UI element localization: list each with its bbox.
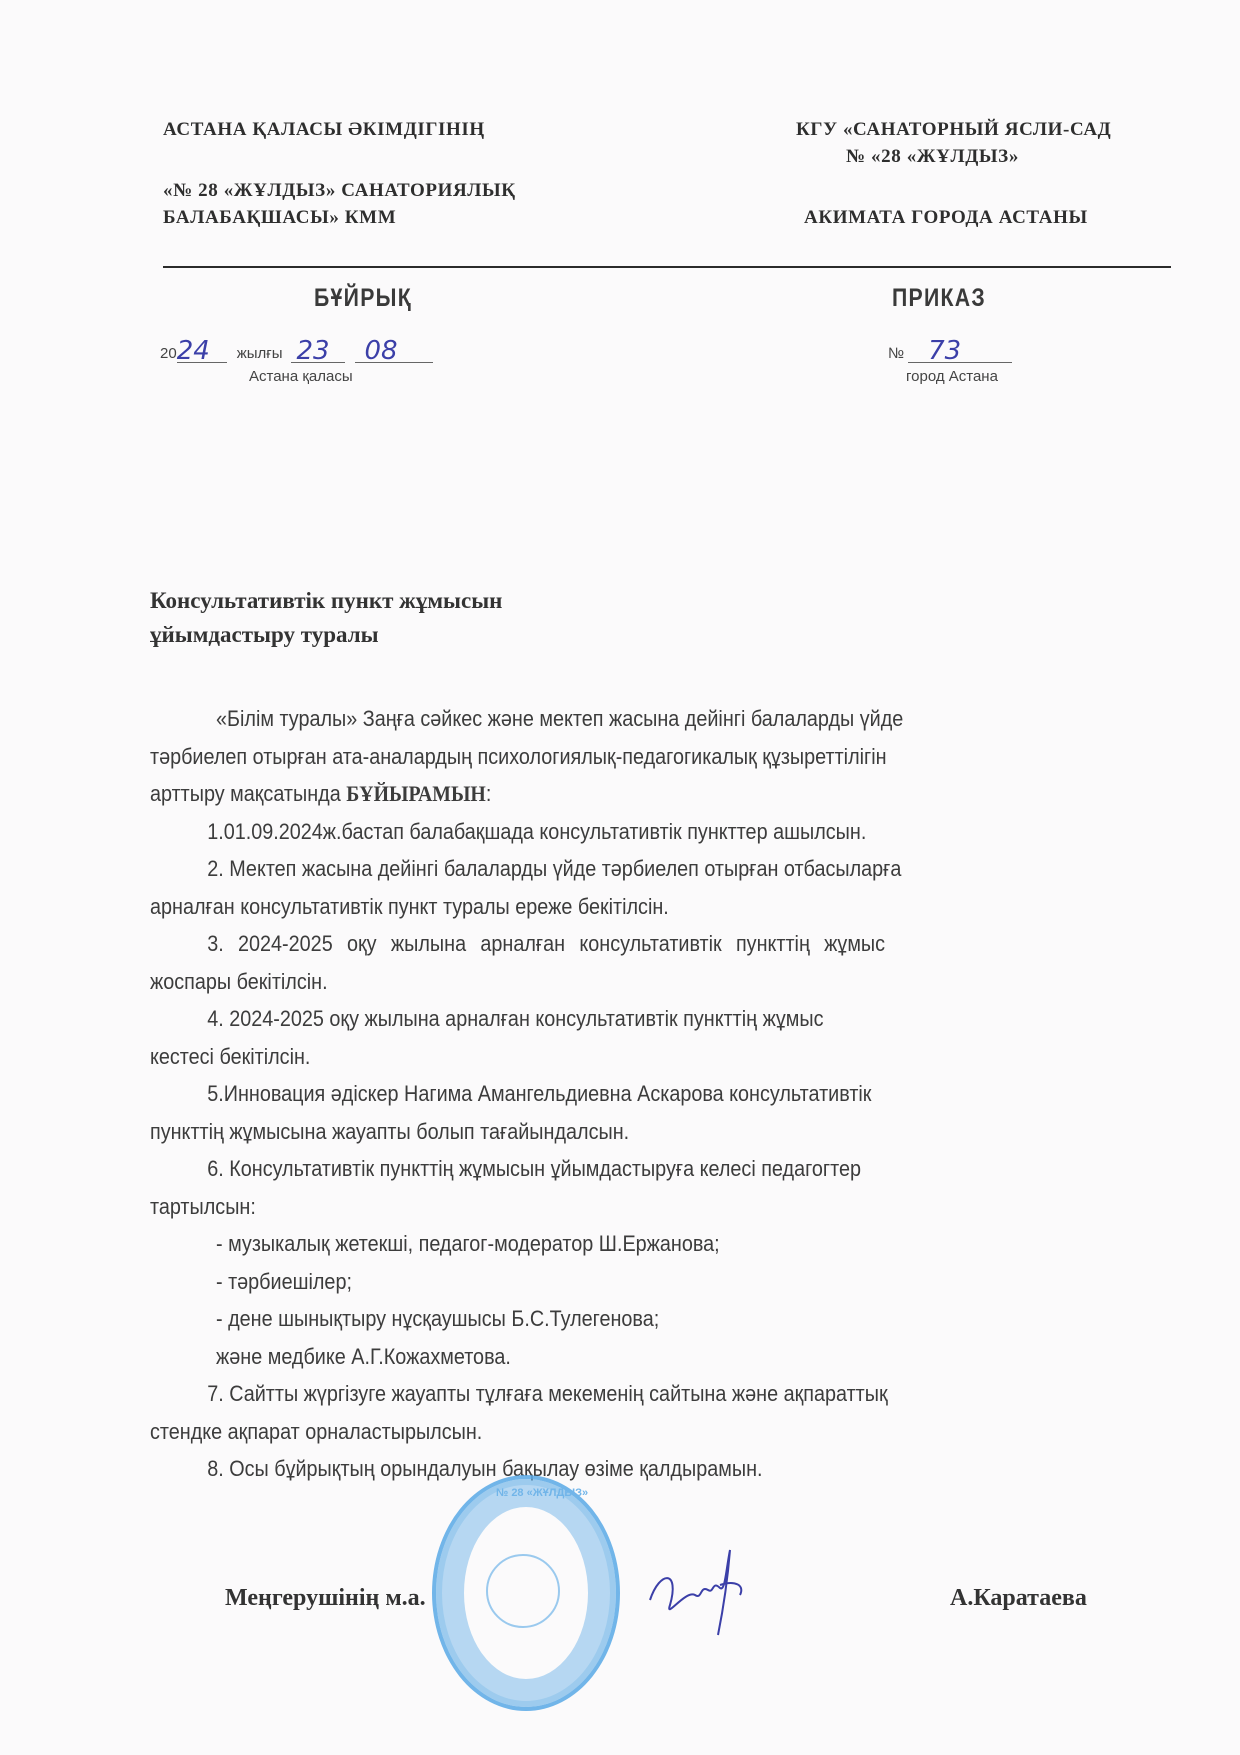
preamble-line3: арттыру мақсатында БҰЙЫРАМЫН: [150, 775, 1030, 813]
item-3: 3. 2024-2025 оқу жылына арналған консуль… [150, 925, 1030, 963]
number-label: № [888, 345, 904, 362]
header-left-line2: «№ 28 «ЖҰЛДЫЗ» САНАТОРИЯЛЫҚ [163, 179, 516, 203]
order-title-ru: ПРИКАЗ [892, 284, 986, 313]
item-7-cont: стендке ақпарат орналастырылсын. [150, 1413, 1030, 1451]
staff-2: - тәрбиешілер; [150, 1263, 1030, 1301]
preamble-line2: тәрбиелеп отырған ата-аналардың психолог… [150, 738, 1030, 776]
signature-position: Меңгерушінің м.а. [225, 1585, 426, 1612]
header-left-line3: БАЛАБАҚШАСЫ» КММ [163, 206, 516, 230]
header-right-line2: № «28 «ЖҰЛДЫЗ» [846, 145, 1111, 169]
city-kz: Астана қаласы [249, 368, 353, 385]
signature-name: А.Каратаева [950, 1585, 1087, 1612]
official-stamp: № 28 «ЖҰЛДЫЗ» [432, 1475, 620, 1711]
header-right-line1: КГУ «САНАТОРНЫЙ ЯСЛИ-САД [796, 118, 1111, 142]
header-left-line1: АСТАНА ҚАЛАСЫ ӘКІМДІГІНІҢ [163, 118, 516, 142]
year-prefix: 20 [160, 345, 177, 362]
year-handwritten: 24 [177, 336, 210, 366]
item-4: 4. 2024-2025 оқу жылына арналған консуль… [150, 1000, 1030, 1038]
stamp-text: № 28 «ЖҰЛДЫЗ» [496, 1487, 588, 1499]
city-ru: город Астана [906, 368, 998, 385]
item-2: 2. Мектеп жасына дейінгі балаларды үйде … [150, 850, 1030, 888]
item-5: 5.Инновация әдіскер Нагима Амангельдиевн… [150, 1075, 1030, 1113]
subject-line2: ұйымдастыру туралы [150, 618, 502, 652]
staff-1: - музыкалық жетекші, педагог-модератор Ш… [150, 1225, 1030, 1263]
item-7: 7. Сайтты жүргізуге жауапты тұлғаға меке… [150, 1375, 1030, 1413]
coat-of-arms-icon [486, 1554, 560, 1628]
signature-scribble-icon [640, 1530, 760, 1640]
item-4-cont: кестесі бекітілсін. [150, 1038, 1030, 1076]
item-2-cont: арналған консультативтік пункт туралы ер… [150, 888, 1030, 926]
order-subject: Консультативтік пункт жұмысын ұйымдастыр… [150, 584, 502, 652]
item-3-cont: жоспары бекітілсін. [150, 963, 1030, 1001]
day-handwritten: 23 [297, 336, 330, 366]
item-1: 1.01.09.2024ж.бастап балабақшада консуль… [150, 813, 1030, 851]
year-label: жылғы [237, 345, 283, 362]
preamble-line1: «Білім туралы» Заңға сәйкес және мектеп … [150, 700, 1030, 738]
header-divider [163, 266, 1171, 268]
number-handwritten: 73 [928, 336, 961, 366]
header-left: АСТАНА ҚАЛАСЫ ӘКІМДІГІНІҢ «№ 28 «ЖҰЛДЫЗ»… [163, 118, 516, 230]
order-body: «Білім туралы» Заңға сәйкес және мектеп … [150, 700, 1150, 1488]
month-handwritten: 08 [365, 336, 398, 366]
order-verb: БҰЙЫРАМЫН [346, 781, 486, 806]
item-6: 6. Консультативтік пункттің жұмысын ұйым… [150, 1150, 1030, 1188]
item-6-cont: тартылсын: [150, 1188, 1030, 1226]
order-title-kz: БҰЙРЫҚ [314, 284, 412, 313]
staff-3: - дене шынықтыру нұсқаушысы Б.С.Тулегено… [150, 1300, 1030, 1338]
item-8: 8. Осы бұйрықтың орындалуын бақылау өзім… [150, 1450, 1030, 1488]
header-right-line3: АКИМАТА ГОРОДА АСТАНЫ [804, 206, 1111, 230]
subject-line1: Консультативтік пункт жұмысын [150, 584, 502, 618]
header-right: КГУ «САНАТОРНЫЙ ЯСЛИ-САД № «28 «ЖҰЛДЫЗ» … [796, 118, 1111, 230]
item-5-cont: пункттің жұмысына жауапты болып тағайынд… [150, 1113, 1030, 1151]
order-date: 2024 жылғы 23 08 [160, 336, 433, 363]
order-number: № 73 [888, 336, 1012, 363]
staff-4: және медбике А.Г.Кожахметова. [150, 1338, 1030, 1376]
